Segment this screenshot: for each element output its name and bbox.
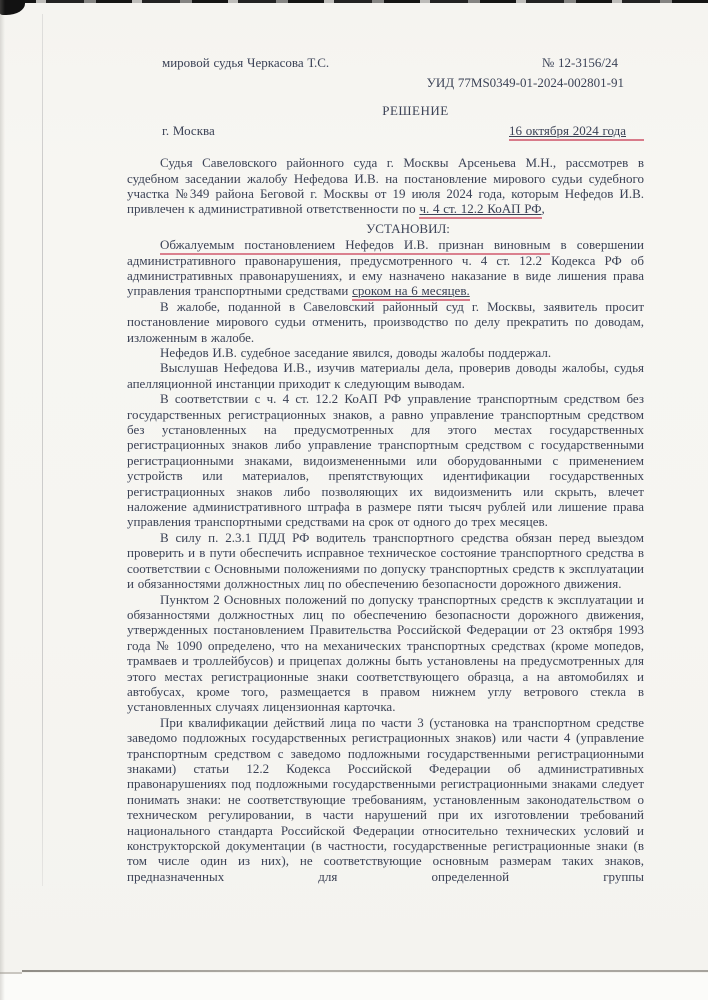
intro-tail: , bbox=[542, 201, 545, 216]
paragraph-point-2-provisions: Пунктом 2 Основных положений по допуску … bbox=[127, 592, 644, 715]
paragraph-appearance: Нефедов И.В. судебное заседание явился, … bbox=[127, 345, 644, 360]
page-bottom-edge bbox=[22, 970, 708, 972]
paragraph-qualification: При квалификации действий лица по части … bbox=[127, 715, 644, 884]
scan-top-edge-artifact bbox=[0, 0, 708, 3]
paragraph-article-12-2: В соответствии с ч. 4 ст. 12.2 КоАП РФ у… bbox=[127, 391, 644, 530]
header-row: мировой судья Черкасова Т.С. № 12-3156/2… bbox=[127, 55, 644, 70]
place-label: г. Москва bbox=[162, 123, 215, 138]
intro-paragraph: Судья Савеловского районного суда г. Мос… bbox=[127, 155, 644, 217]
document-title: РЕШЕНИЕ bbox=[127, 103, 644, 118]
judge-name-line: мировой судья Черкасова Т.С. bbox=[162, 55, 329, 70]
document-content: мировой судья Черкасова Т.С. № 12-3156/2… bbox=[127, 55, 644, 884]
case-uid: УИД 77MS0349-01-2024-002801-91 bbox=[127, 75, 644, 90]
left-edge-shade bbox=[0, 0, 5, 1000]
scanned-court-decision-page: мировой судья Черкасова Т.С. № 12-3156/2… bbox=[0, 0, 708, 1000]
paper-fold-line bbox=[42, 14, 43, 886]
paragraph-complaint: В жалобе, поданной в Савеловский районны… bbox=[127, 299, 644, 345]
paragraph-pdd-2-3-1: В силу п. 2.3.1 ПДД РФ водитель транспор… bbox=[127, 530, 644, 592]
intro-underlined-article-ref: ч. 4 ст. 12.2 КоАП РФ bbox=[419, 201, 541, 219]
ruling-heading: УСТАНОВИЛ: bbox=[127, 221, 644, 236]
document-date: 16 октября 2024 года bbox=[509, 123, 644, 141]
place-date-row: г. Москва 16 октября 2024 года bbox=[127, 123, 644, 141]
case-number: № 12-3156/24 bbox=[542, 55, 644, 70]
intro-text: Судья Савеловского районного суда г. Мос… bbox=[127, 155, 644, 216]
verdict-paragraph: Обжалуемым постановлением Нефедов И.В. п… bbox=[127, 237, 644, 299]
paragraph-conclusions-lead: Выслушав Нефедова И.В., изучив материалы… bbox=[127, 360, 644, 391]
scanner-bed-background bbox=[0, 973, 708, 1000]
